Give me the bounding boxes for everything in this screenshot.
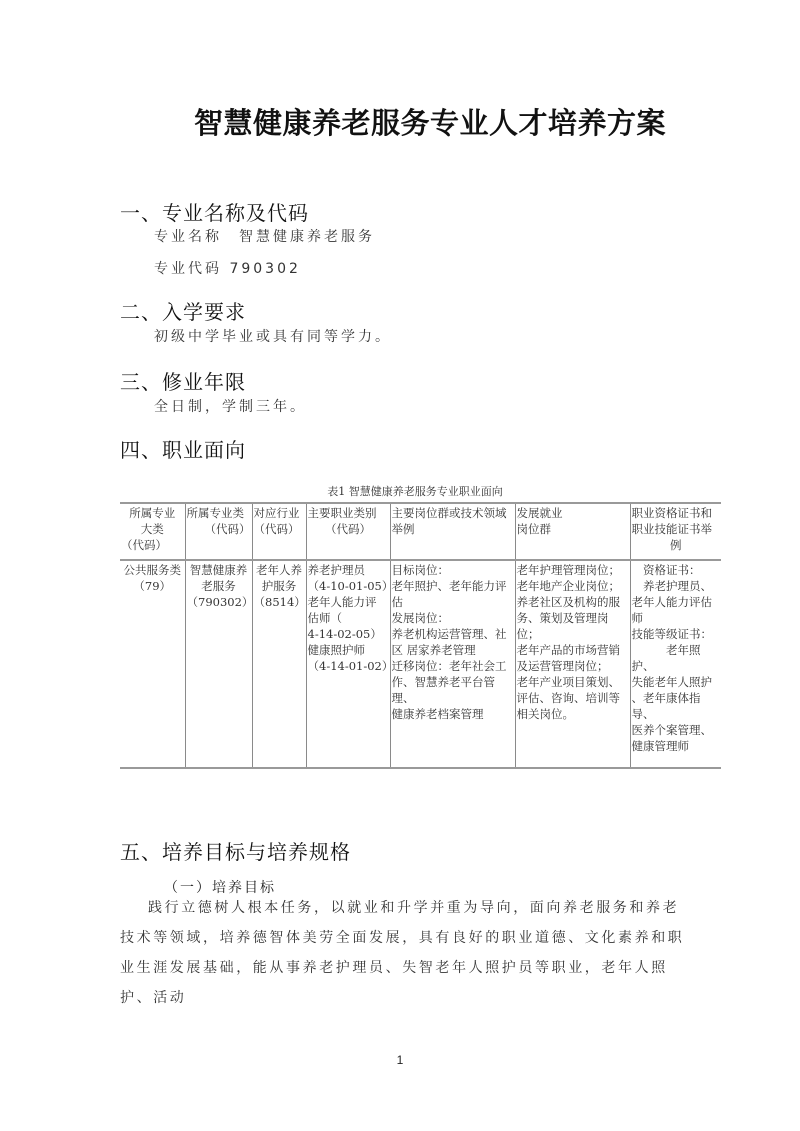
cell-occupation-category: 养老护理员 （4-10-01-05） 老年人能力评 估师（ 4-14-02-05… bbox=[306, 560, 390, 768]
header-certificates: 职业资格证书和 职业技能证书举 例 bbox=[630, 503, 721, 560]
section-heading-4: 四、职业面向 bbox=[120, 434, 246, 463]
table-row: 公共服务类 （79） 智慧健康养 老服务 （790302） 老年人养 护服务 （… bbox=[120, 560, 721, 768]
section-heading-5: 五、培养目标与培养规格 bbox=[120, 836, 351, 865]
major-code-line: 专业代码 790302 bbox=[154, 258, 301, 278]
header-industry: 对应行业 （代码） bbox=[252, 503, 306, 560]
document-page: 智慧健康养老服务专业人才培养方案 一、专业名称及代码 专业名称 智慧健康养老服务… bbox=[0, 0, 800, 1131]
cell-major-class: 智慧健康养 老服务 （790302） bbox=[185, 560, 252, 768]
section-heading-3: 三、修业年限 bbox=[120, 366, 246, 395]
section-heading-1: 一、专业名称及代码 bbox=[120, 197, 309, 226]
training-goal-paragraph: 践行立德树人根本任务，以就业和升学并重为导向，面向养老服务和养老技术等领域，培养… bbox=[120, 893, 690, 1013]
cell-certificates: 资格证书： 养老护理员、 老年人能力评估 师 技能等级证书： 老年照护、 失能老… bbox=[630, 560, 721, 768]
career-orientation-table: 所属专业 大类 （代码） 所属专业类 （代码） 对应行业 （代码） 主要职业类别… bbox=[120, 502, 721, 769]
table-caption: 表1 智慧健康养老服务专业职业面向 bbox=[0, 483, 800, 499]
table-header-row: 所属专业 大类 （代码） 所属专业类 （代码） 对应行业 （代码） 主要职业类别… bbox=[120, 503, 721, 560]
cell-industry: 老年人养 护服务 （8514） bbox=[252, 560, 306, 768]
cell-job-group: 目标岗位： 老年照护、老年能力评 估 发展岗位： 养老机构运营管理、社 区 居家… bbox=[390, 560, 515, 768]
cell-development-jobs: 老年护理管理岗位； 老年地产企业岗位； 养老社区及机构的服 务、策划及管理岗位；… bbox=[515, 560, 630, 768]
document-title: 智慧健康养老服务专业人才培养方案 bbox=[0, 101, 800, 142]
header-development-jobs: 发展就业 岗位群 bbox=[515, 503, 630, 560]
study-duration: 全日制，学制三年。 bbox=[154, 396, 307, 416]
cell-major-category: 公共服务类 （79） bbox=[120, 560, 185, 768]
page-number: 1 bbox=[0, 1053, 800, 1067]
admission-requirement: 初级中学毕业或具有同等学力。 bbox=[154, 326, 392, 346]
header-major-class: 所属专业类 （代码） bbox=[185, 503, 252, 560]
header-occupation-category: 主要职业类别 （代码） bbox=[306, 503, 390, 560]
section-heading-2: 二、入学要求 bbox=[120, 296, 246, 325]
header-major-category: 所属专业 大类 （代码） bbox=[120, 503, 185, 560]
header-job-group: 主要岗位群或技术领域 举例 bbox=[390, 503, 515, 560]
major-name-line: 专业名称 智慧健康养老服务 bbox=[154, 226, 375, 246]
